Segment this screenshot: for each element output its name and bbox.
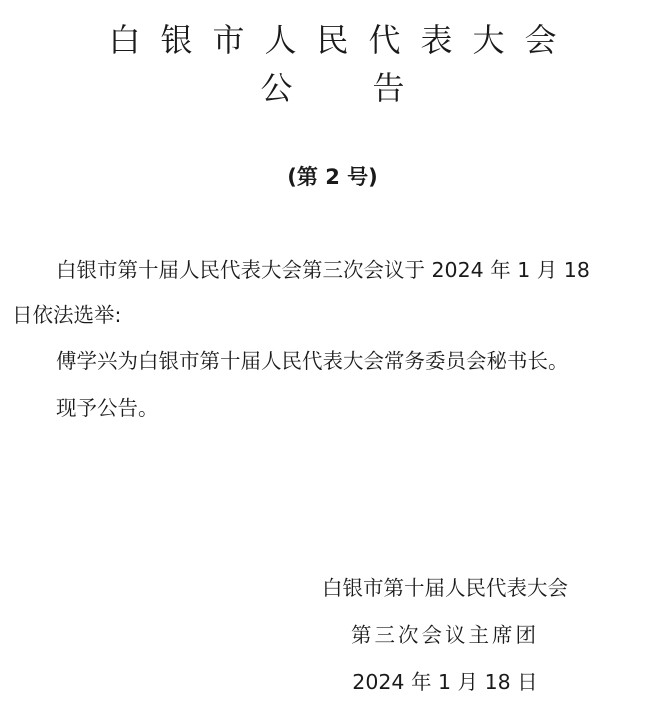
signature-issuer-line-1: 白银市第十届人民代表大会: [300, 573, 590, 603]
document-title: 白银市人民代表大会: [0, 20, 665, 60]
signature-issuer-line-2: 第三次会议主席团: [300, 620, 590, 650]
signature-date: 2024 年 1 月 18 日: [300, 667, 590, 697]
body-paragraph-2: 傅学兴为白银市第十届人民代表大会常务委员会秘书长。: [56, 346, 569, 376]
body-paragraph-1-line-1: 白银市第十届人民代表大会第三次会议于 2024 年 1 月 18: [56, 255, 590, 285]
body-paragraph-1-line-2: 日依法选举:: [12, 300, 121, 330]
document-subtitle: 公告: [0, 68, 665, 108]
announcement-number: (第 2 号): [0, 162, 665, 192]
body-paragraph-3: 现予公告。: [56, 393, 159, 423]
